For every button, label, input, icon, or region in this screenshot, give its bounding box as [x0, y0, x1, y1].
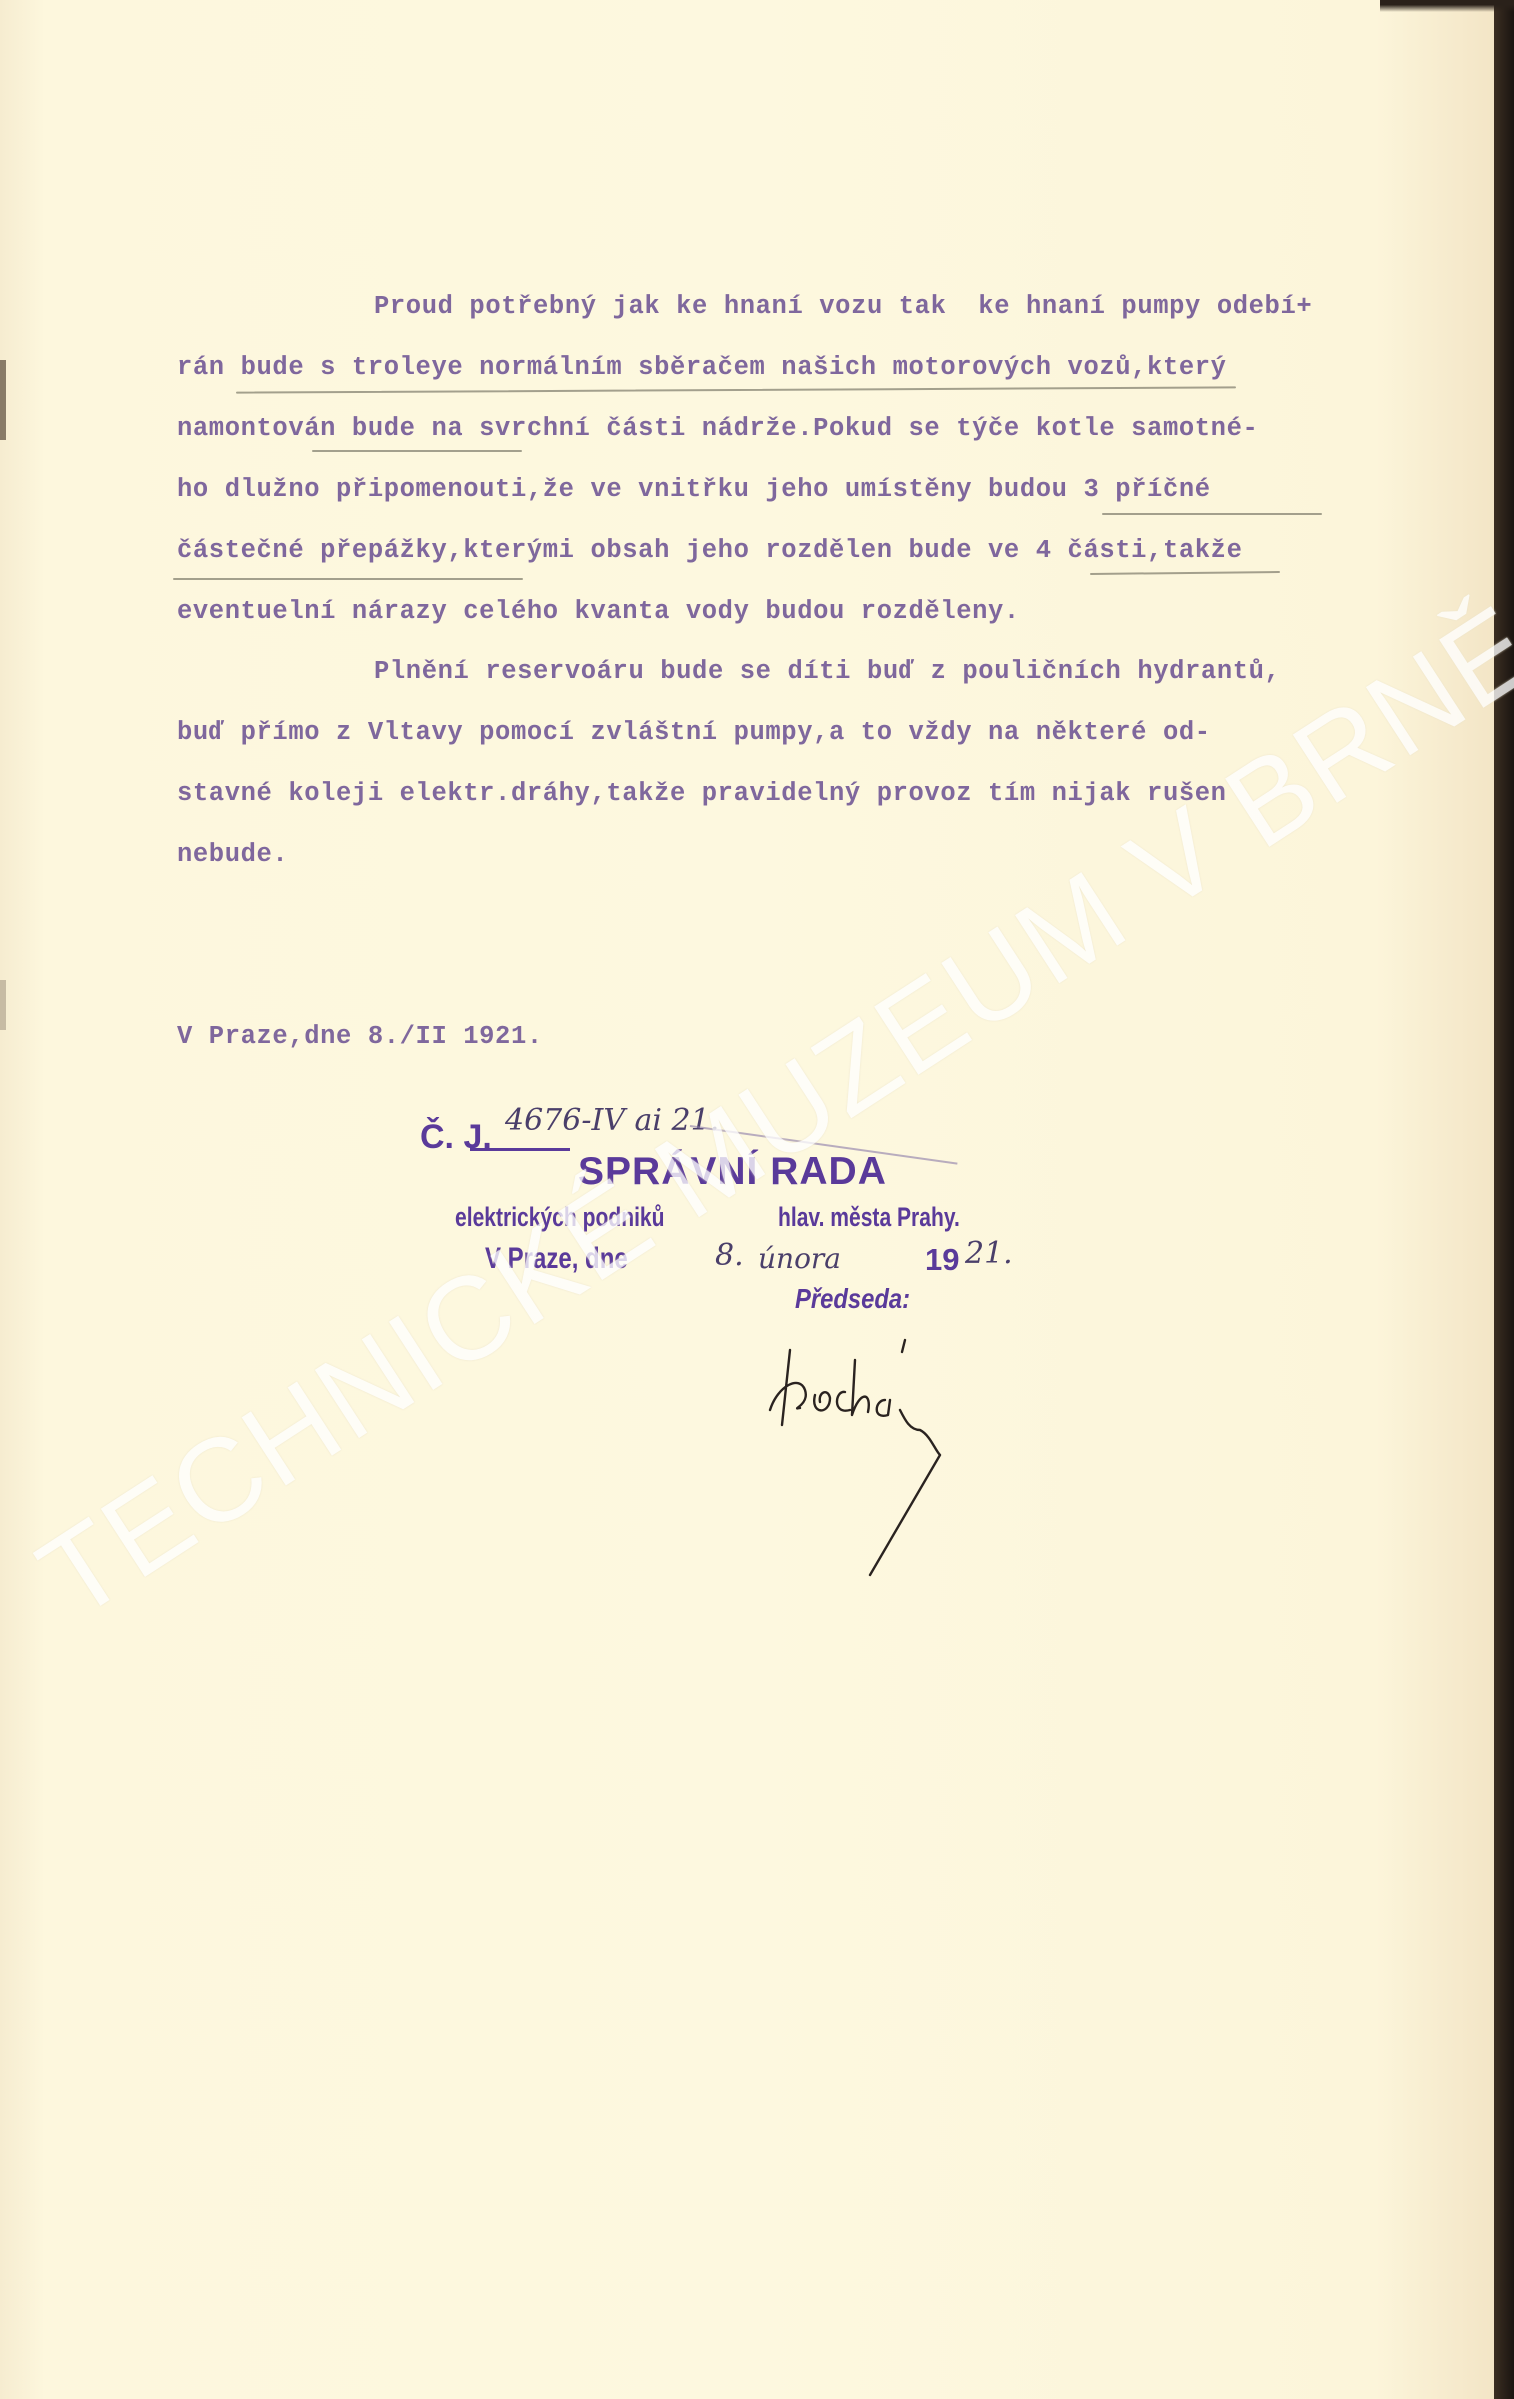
stamp-ref-prefix: Č. J. [420, 1118, 492, 1157]
page-tear-mark [0, 980, 6, 1030]
text-line: částečné přepážky,kterými obsah jeho roz… [177, 536, 1242, 565]
page-corner-shadow [1380, 0, 1514, 12]
text-line: buď přímo z Vltavy pomocí zvláštní pumpy… [177, 718, 1211, 747]
stamp-date-month: února [758, 1242, 841, 1275]
text-line: Plnění reservoáru bude se díti buď z pou… [374, 657, 1280, 686]
text-line: nebude. [177, 840, 288, 869]
stamp-subtitle-right: hlav. města Prahy. [778, 1202, 960, 1233]
pencil-underline [1102, 513, 1322, 515]
page-edge-shadow [1494, 0, 1514, 2399]
pencil-underline [312, 450, 522, 452]
text-line: namontován bude na svrchní části nádrže.… [177, 414, 1258, 443]
text-line: eventuelní nárazy celého kvanta vody bud… [177, 597, 1020, 626]
text-line: stavné koleji elektr.dráhy,takže pravide… [177, 779, 1227, 808]
place-date: V Praze,dne 8./II 1921. [177, 1022, 543, 1051]
text-line: ho dlužno připomenouti,že ve vnitřku jeh… [177, 475, 1211, 504]
stamp-year-prefix: 19 [925, 1242, 959, 1278]
stamp-ref-line [470, 1148, 570, 1151]
signature-icon [760, 1330, 980, 1590]
page-tear-mark [0, 360, 6, 440]
text-line: rán bude s troleye normálním sběračem na… [177, 353, 1227, 382]
pencil-underline [173, 578, 523, 580]
stamp-role: Předseda: [795, 1283, 910, 1315]
text-line: Proud potřebný jak ke hnaní vozu tak ke … [374, 292, 1312, 321]
stamp-year: 21. [965, 1236, 1013, 1271]
stamp-date-day: 8. [715, 1238, 744, 1273]
